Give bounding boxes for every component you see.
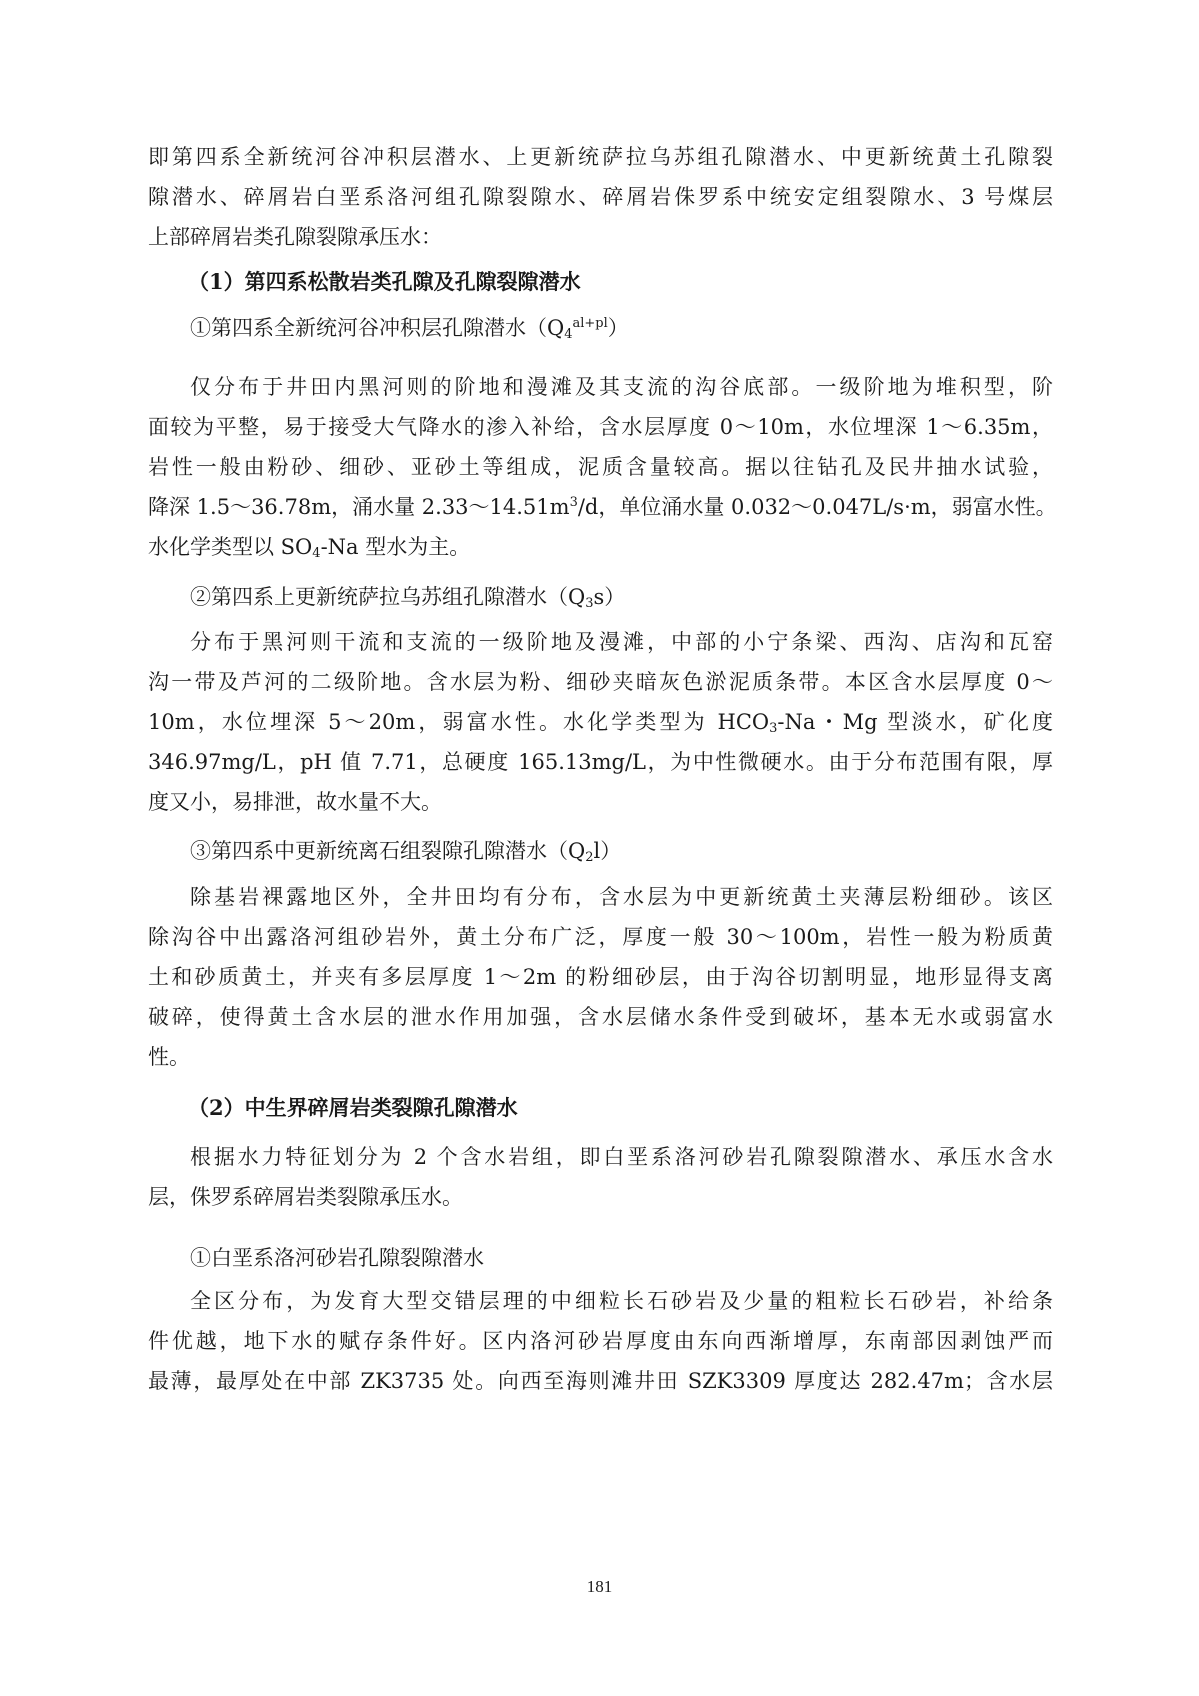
- text-run: 水化学类型以 SO: [148, 535, 312, 559]
- paragraph-line: 除基岩裸露地区外，全井田均有分布，含水层为中更新统黄土夹薄层粉细砂。该区: [190, 882, 1053, 912]
- subsection-title-1-3: ③第四系中更新统离石组裂隙孔隙潜水（Q2l）: [190, 836, 1095, 866]
- paragraph-line: 最薄，最厚处在中部 ZK3735 处。向西至海则滩井田 SZK3309 厚度达 …: [148, 1366, 1053, 1396]
- subsection-title-close: l）: [594, 839, 622, 863]
- paragraph-line: 沟一带及芦河的二级阶地。含水层为粉、细砂夹暗灰色淤泥质条带。本区含水层厚度 0～: [148, 667, 1053, 697]
- superscript: al+pl: [573, 316, 608, 331]
- paragraph-line: 10m，水位埋深 5～20m，弱富水性。水化学类型为 HCO3-Na・Mg 型淡…: [148, 707, 1053, 737]
- paragraph-line: 土和砂质黄土，并夹有多层厚度 1～2m 的粉细砂层，由于沟谷切割明显，地形显得支…: [148, 962, 1053, 992]
- paragraph-line: 分布于黑河则干流和支流的一级阶地及漫滩，中部的小宁条梁、西沟、店沟和瓦窑: [190, 627, 1053, 657]
- paragraph-line: 即第四系全新统河谷冲积层潜水、上更新统萨拉乌苏组孔隙潜水、中更新统黄土孔隙裂: [148, 142, 1053, 172]
- subsection-title-1-1: ①第四系全新统河谷冲积层孔隙潜水（Q4al+pl）: [190, 313, 1095, 343]
- text-run: /d，单位涌水量 0.032～0.047L/s·m，弱富水性。: [578, 495, 1057, 519]
- text-run: 降深 1.5～36.78m，涌水量 2.33～14.51m: [148, 495, 570, 519]
- section-heading-2: （2）中生界碎屑岩类裂隙孔隙潜水: [188, 1093, 1093, 1123]
- text-run: -Na・Mg 型淡水，矿化度: [777, 710, 1053, 734]
- paragraph-line: 除沟谷中出露洛河组砂岩外，黄土分布广泛，厚度一般 30～100m，岩性一般为粉质…: [148, 922, 1053, 952]
- subsection-title-2-1: ①白垩系洛河砂岩孔隙裂隙潜水: [190, 1243, 1095, 1273]
- paragraph-line: 346.97mg/L，pH 值 7.71，总硬度 165.13mg/L，为中性微…: [148, 747, 1053, 777]
- subsection-title-1-2: ②第四系上更新统萨拉乌苏组孔隙潜水（Q3s）: [190, 582, 1095, 612]
- paragraph-line: 仅分布于井田内黑河则的阶地和漫滩及其支流的沟谷底部。一级阶地为堆积型，阶: [190, 372, 1053, 402]
- text-run: 10m，水位埋深 5～20m，弱富水性。水化学类型为 HCO: [148, 710, 769, 734]
- paragraph-line: 度又小，易排泄，故水量不大。: [148, 787, 1053, 817]
- section-heading-1: （1）第四系松散岩类孔隙及孔隙裂隙潜水: [188, 267, 1093, 297]
- subscript: 3: [585, 596, 593, 611]
- document-page: 即第四系全新统河谷冲积层潜水、上更新统萨拉乌苏组孔隙潜水、中更新统黄土孔隙裂 隙…: [0, 0, 1199, 1696]
- superscript: 3: [570, 495, 578, 510]
- subscript: 4: [312, 546, 320, 561]
- subsection-title-close: s）: [594, 585, 626, 609]
- paragraph-line: 根据水力特征划分为 2 个含水岩组，即白垩系洛河砂岩孔隙裂隙潜水、承压水含水: [190, 1142, 1053, 1172]
- subsection-title-close: ）: [608, 316, 629, 340]
- paragraph-line: 隙潜水、碎屑岩白垩系洛河组孔隙裂隙水、碎屑岩侏罗系中统安定组裂隙水、3 号煤层: [148, 182, 1053, 212]
- paragraph-line: 性。: [148, 1042, 1053, 1072]
- paragraph-line: 降深 1.5～36.78m，涌水量 2.33～14.51m3/d，单位涌水量 0…: [148, 492, 1053, 522]
- subscript: 4: [564, 327, 572, 342]
- paragraph-line: 面较为平整，易于接受大气降水的渗入补给，含水层厚度 0～10m，水位埋深 1～6…: [148, 412, 1053, 442]
- subsection-title-text: ③第四系中更新统离石组裂隙孔隙潜水（Q: [190, 839, 585, 863]
- subsection-title-text: ②第四系上更新统萨拉乌苏组孔隙潜水（Q: [190, 585, 585, 609]
- paragraph-line: 层，侏罗系碎屑岩类裂隙承压水。: [148, 1182, 1053, 1212]
- subsection-title-text: ①第四系全新统河谷冲积层孔隙潜水（Q: [190, 316, 564, 340]
- page-number: 181: [0, 1576, 1199, 1598]
- paragraph-line: 件优越，地下水的赋存条件好。区内洛河砂岩厚度由东向西渐增厚，东南部因剥蚀严而: [148, 1326, 1053, 1356]
- paragraph-line: 全区分布，为发育大型交错层理的中细粒长石砂岩及少量的粗粒长石砂岩，补给条: [190, 1286, 1053, 1316]
- paragraph-line: 上部碎屑岩类孔隙裂隙承压水：: [148, 222, 1053, 252]
- paragraph-line: 岩性一般由粉砂、细砂、亚砂土等组成，泥质含量较高。据以往钻孔及民井抽水试验，: [148, 452, 1053, 482]
- subscript: 2: [585, 850, 593, 865]
- paragraph-line: 破碎，使得黄土含水层的泄水作用加强，含水层储水条件受到破坏，基本无水或弱富水: [148, 1002, 1053, 1032]
- text-run: -Na 型水为主。: [321, 535, 471, 559]
- paragraph-line: 水化学类型以 SO4-Na 型水为主。: [148, 532, 1053, 562]
